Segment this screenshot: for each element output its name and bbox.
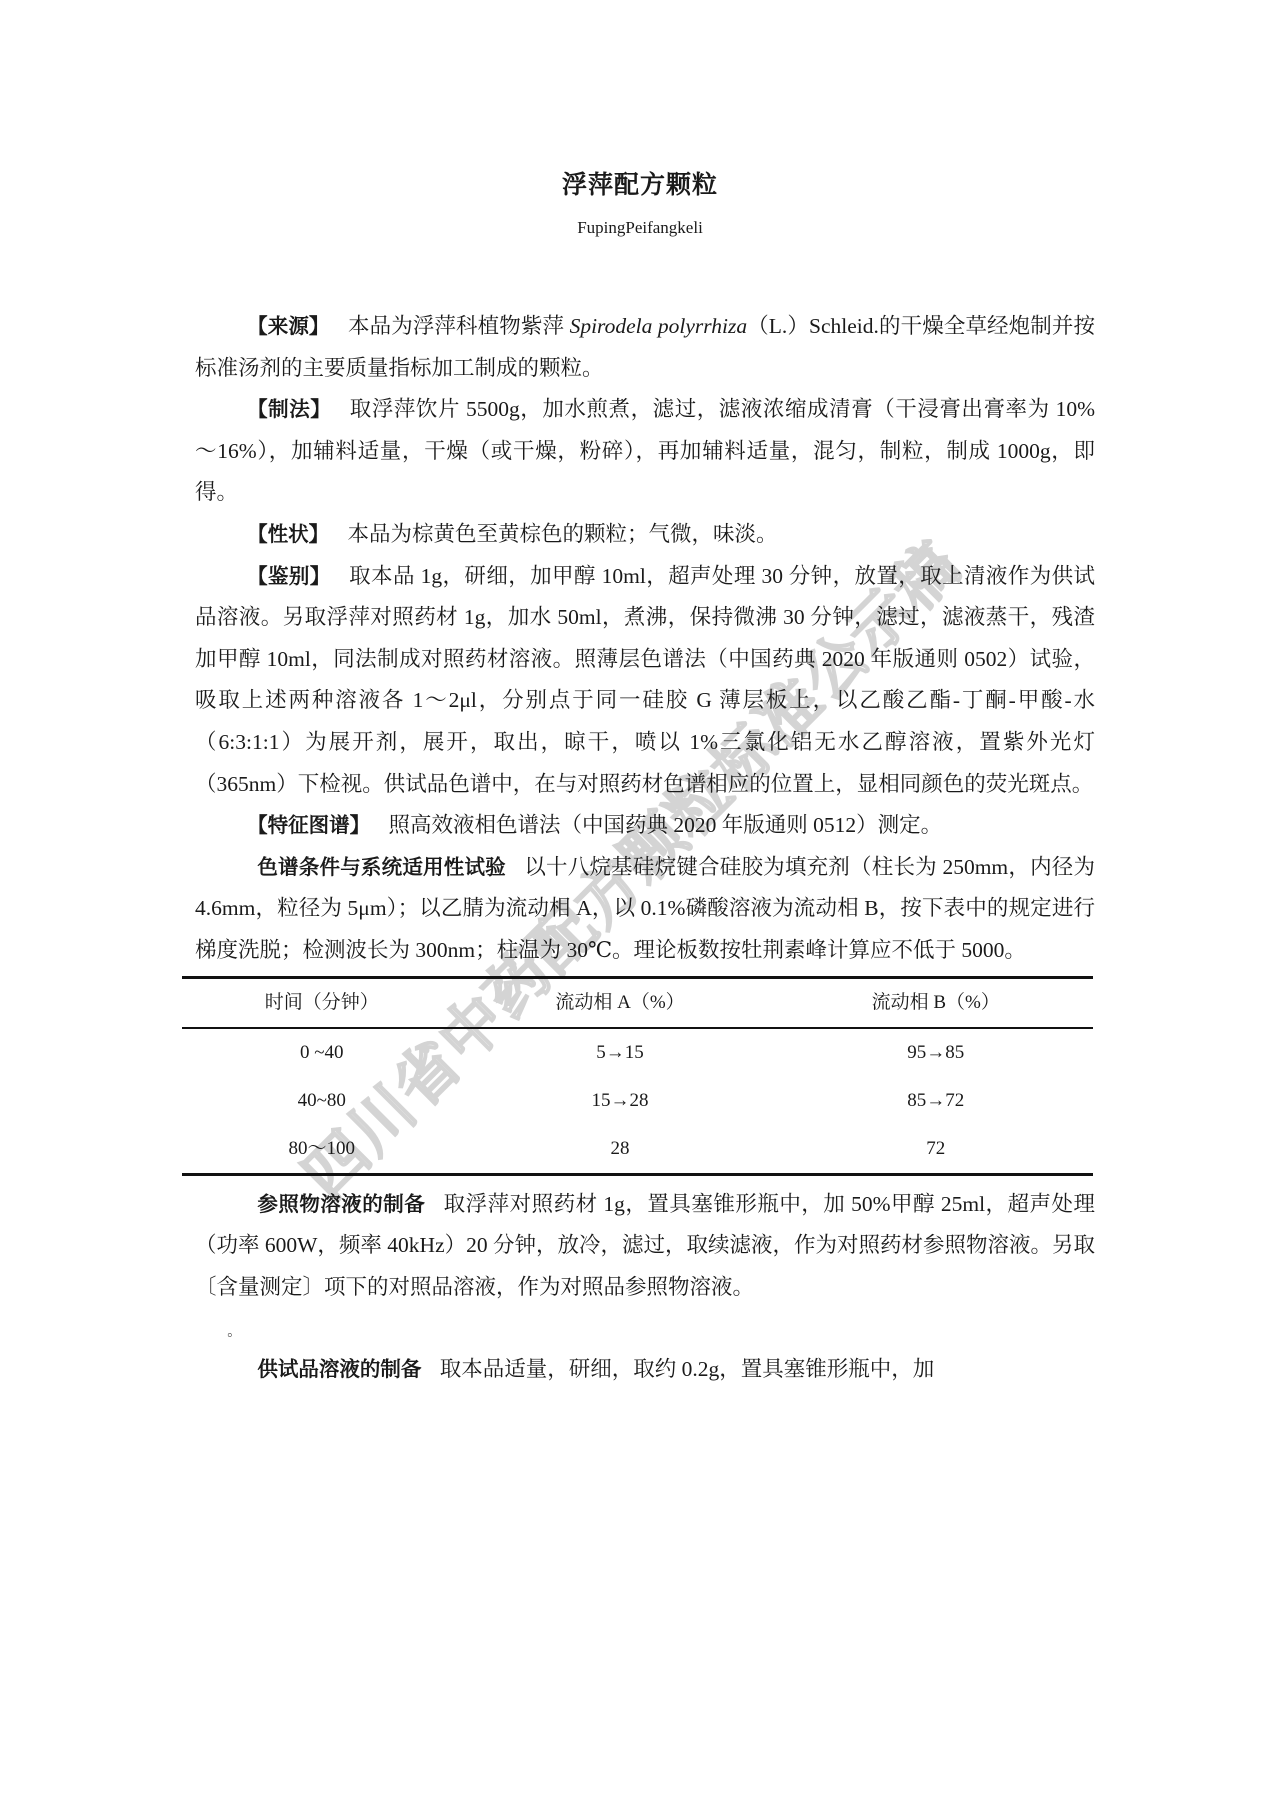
table-cell: 40~80 (182, 1077, 462, 1125)
document-title: 浮萍配方颗粒 (0, 165, 1280, 201)
table-header-phase-b: 流动相 B（%） (779, 977, 1093, 1028)
table-cell: 0 ~40 (182, 1028, 462, 1077)
section-heading: 【性状】 (247, 522, 329, 546)
section-heading: 【来源】 (247, 314, 329, 338)
latin-name: Spirodela polyrrhiza (570, 314, 748, 338)
table-cell: 5→15 (462, 1028, 779, 1077)
table-cell: 28 (462, 1125, 779, 1175)
section-description: 【性状】本品为棕黄色至黄棕色的颗粒；气微，味淡。 (195, 514, 1095, 556)
table-row: 80～100 28 72 (182, 1125, 1093, 1175)
table-cell: 95→85 (779, 1028, 1093, 1077)
section-chromatographic-conditions: 色谱条件与系统适用性试验以十八烷基硅烷键合硅胶为填充剂（柱长为 250mm，内径… (195, 847, 1095, 972)
table-row: 40~80 15→28 85→72 (182, 1077, 1093, 1125)
section-text: 照高效液相色谱法（中国药典 2020 年版通则 0512）测定。 (389, 813, 943, 837)
stray-punctuation: 。 (195, 1308, 1095, 1349)
section-heading: 色谱条件与系统适用性试验 (257, 855, 506, 879)
table-header-phase-a: 流动相 A（%） (462, 977, 779, 1028)
document-body: 【来源】本品为浮萍科植物紫萍 Spirodela polyrrhiza（L.）S… (195, 306, 1095, 1391)
section-text: 取本品 1g，研细，加甲醇 10ml，超声处理 30 分钟，放置，取上清液作为供… (195, 564, 1095, 796)
section-heading: 参照物溶液的制备 (257, 1192, 425, 1216)
table-cell: 15→28 (462, 1077, 779, 1125)
gradient-table: 时间（分钟） 流动相 A（%） 流动相 B（%） 0 ~40 5→15 95→8… (182, 976, 1093, 1176)
section-fingerprint: 【特征图谱】照高效液相色谱法（中国药典 2020 年版通则 0512）测定。 (195, 805, 1095, 847)
section-heading: 【制法】 (247, 397, 331, 421)
section-identification: 【鉴别】取本品 1g，研细，加甲醇 10ml，超声处理 30 分钟，放置，取上清… (195, 556, 1095, 806)
section-text: 本品为棕黄色至黄棕色的颗粒；气微，味淡。 (348, 522, 778, 546)
table-cell: 85→72 (779, 1077, 1093, 1125)
table-row: 0 ~40 5→15 95→85 (182, 1028, 1093, 1077)
table-cell: 80～100 (182, 1125, 462, 1175)
table-header-row: 时间（分钟） 流动相 A（%） 流动相 B（%） (182, 977, 1093, 1028)
section-heading: 【鉴别】 (247, 564, 331, 588)
section-heading: 供试品溶液的制备 (257, 1357, 421, 1381)
section-test-solution: 供试品溶液的制备取本品适量，研细，取约 0.2g，置具塞锥形瓶中，加 (195, 1349, 1095, 1391)
section-text: 取本品适量，研细，取约 0.2g，置具塞锥形瓶中，加 (440, 1357, 935, 1381)
table-header-time: 时间（分钟） (182, 977, 462, 1028)
section-source: 【来源】本品为浮萍科植物紫萍 Spirodela polyrrhiza（L.）S… (195, 306, 1095, 389)
section-heading: 【特征图谱】 (247, 813, 370, 837)
document-subtitle: FupingPeifangkeli (0, 218, 1280, 238)
table-cell: 72 (779, 1125, 1093, 1175)
section-text: 本品为浮萍科植物紫萍 (348, 314, 570, 338)
section-reference-solution: 参照物溶液的制备取浮萍对照药材 1g，置具塞锥形瓶中，加 50%甲醇 25ml，… (195, 1184, 1095, 1309)
document-page: 四川省中药配方颗粒标准公示稿 浮萍配方颗粒 FupingPeifangkeli … (0, 0, 1280, 1811)
section-preparation: 【制法】取浮萍饮片 5500g，加水煎煮，滤过，滤液浓缩成清膏（干浸膏出膏率为 … (195, 389, 1095, 514)
